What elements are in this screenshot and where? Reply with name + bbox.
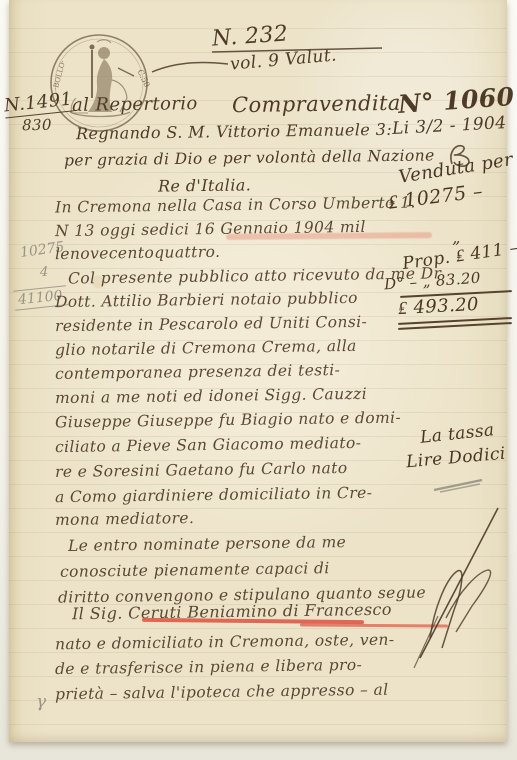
seal-left-lettering: ·BOLLO· — [52, 59, 68, 91]
deed-title: Compravendita — [232, 91, 401, 117]
margin-total-amount: ₤ 493.20 — [398, 294, 480, 319]
pencil-multiplier: 4 — [40, 265, 48, 280]
notary-paraph-flourish — [412, 498, 512, 668]
body-line: mona mediatore. — [55, 509, 194, 529]
body-line: lenovecentoquattro. — [55, 243, 221, 263]
margin-ditto-mark: „ — [452, 228, 461, 247]
repertorio-sub-number: 830 — [22, 116, 52, 134]
pencil-gamma-mark: γ — [36, 692, 46, 712]
header-re-ditalia: Re d'Italia. — [158, 175, 251, 195]
pencil-check-dashes — [430, 476, 490, 494]
body-line: conosciute pienamente capaci di — [60, 559, 330, 581]
repertorio-label: al Repertorio — [72, 93, 198, 116]
notarial-deed-photo: ·BOLLO· C.50 N. 232 vol. 9 Valut. N.1491… — [0, 0, 517, 760]
